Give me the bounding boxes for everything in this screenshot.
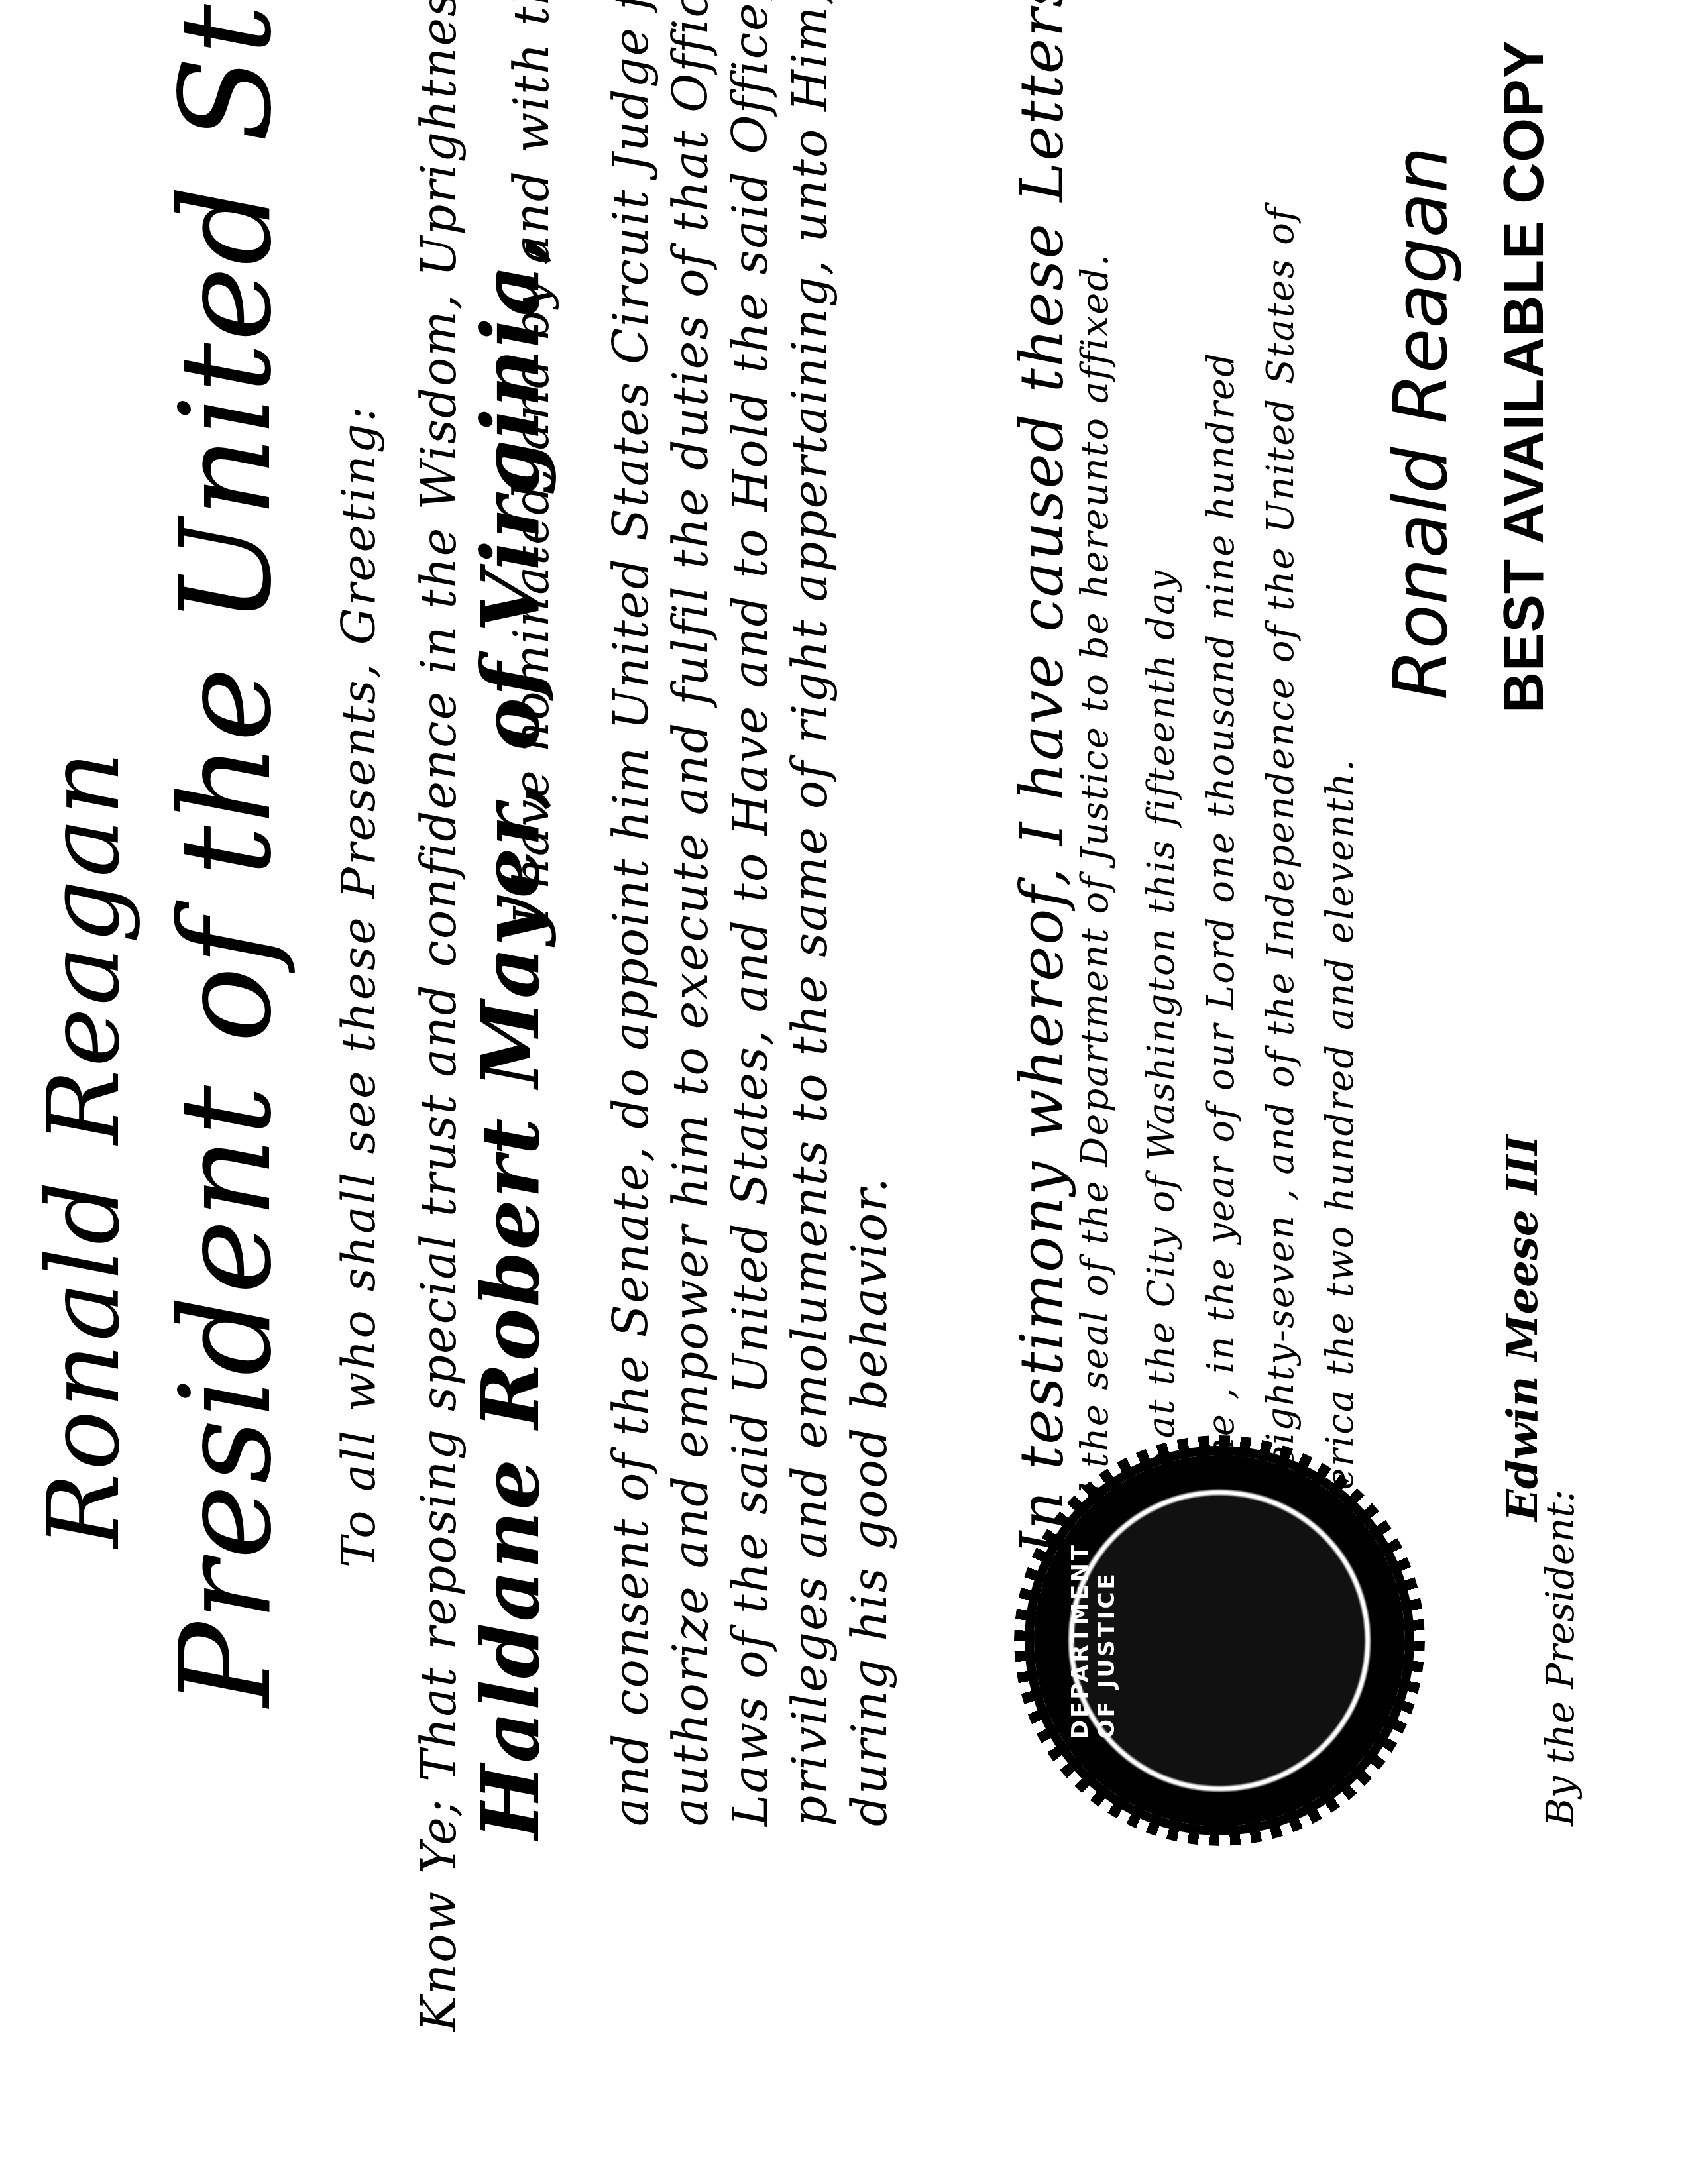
best-available-copy-stamp: BEST AVAILABLE COPY	[1491, 40, 1557, 713]
heading-title: President of the United States of Americ…	[152, 0, 299, 1707]
commission-certificate: Ronald Reagan President of the United St…	[0, 0, 1690, 2184]
testimony-line: Done at the City of Washington this fift…	[1140, 569, 1183, 1555]
department-of-justice-seal-icon: DEPARTMENT OF JUSTICE	[1034, 1455, 1405, 1826]
body-line: during his good behavior.	[842, 1176, 897, 1826]
testimony-line: In testimony whereof, I have caused thes…	[1007, 0, 1077, 1555]
heading-name: Ronald Reagan	[27, 749, 142, 1548]
body-line: privileges and emoluments to the same of…	[782, 0, 838, 1826]
testimony-line: and the seal of the Department of Justic…	[1074, 253, 1117, 1555]
by-the-president: By the President:	[1538, 1490, 1583, 1826]
greeting: To all who shall see these Presents, Gre…	[331, 404, 386, 1568]
testimony-line: America the two hundred and eleventh.	[1319, 759, 1362, 1555]
body-line: I have nominated, and by and with the ad…	[504, 0, 559, 925]
seal-label: DEPARTMENT OF JUSTICE	[1067, 1543, 1120, 1739]
body-line: and consent of the Senate, do appoint hi…	[603, 0, 659, 1826]
president-signature: Ronald Reagan	[1379, 146, 1463, 700]
testimony-line: of June , in the year of our Lord one th…	[1200, 352, 1243, 1555]
testimony-line: and eighty-seven , and of the Independen…	[1259, 206, 1302, 1555]
attorney-general-signature: Edwin Meese III	[1498, 1135, 1548, 1521]
body-line: Laws of the said United States, and to H…	[722, 0, 778, 1826]
body-line: authorize and empower him to execute and…	[663, 0, 718, 1826]
body-line: Know Ye; That reposing special trust and…	[411, 0, 467, 2032]
